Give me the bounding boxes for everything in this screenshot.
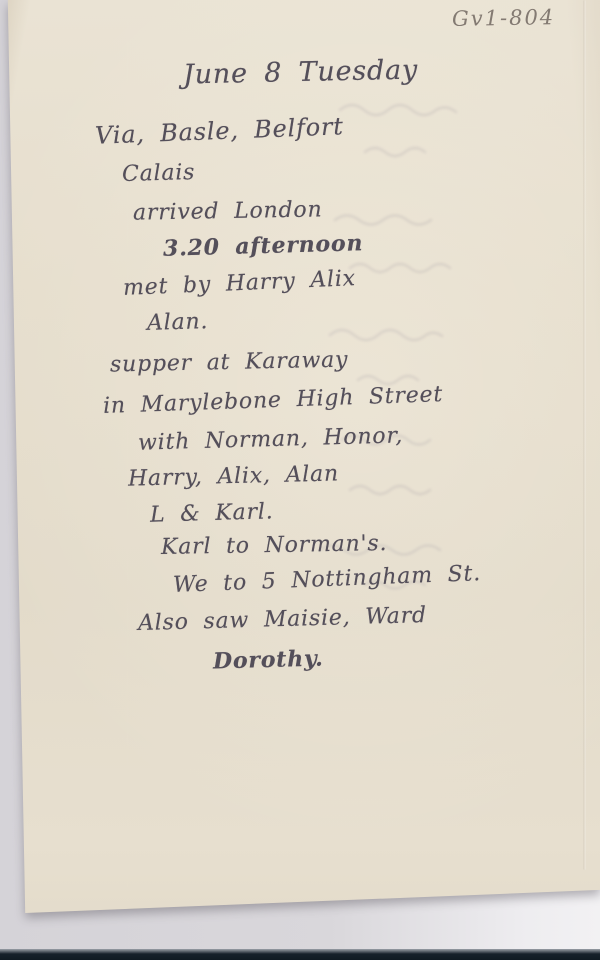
diary-line: Karl to Norman's. bbox=[161, 531, 388, 560]
diary-line: L & Karl. bbox=[150, 499, 274, 527]
diary-line: Alan. bbox=[147, 309, 209, 336]
diary-line: supper at Karaway bbox=[110, 348, 349, 378]
scanner-edge bbox=[0, 949, 600, 960]
scanner-bed: Gv1-804 June 8 Tuesday Via, Basle, Belfo… bbox=[0, 0, 600, 960]
date-heading: June 8 Tuesday bbox=[183, 55, 419, 91]
bleedthrough-stroke bbox=[340, 105, 456, 115]
ink-bleedthrough-marks bbox=[280, 80, 540, 600]
bleedthrough-stroke bbox=[365, 148, 425, 156]
diary-line: Also saw Maisie, Ward bbox=[138, 603, 428, 636]
diary-page: Gv1-804 June 8 Tuesday Via, Basle, Belfo… bbox=[0, 0, 600, 960]
diary-line: arrived London bbox=[133, 197, 323, 225]
diary-line: Dorothy. bbox=[213, 645, 324, 674]
diary-line: Calais bbox=[122, 160, 196, 187]
bleedthrough-stroke bbox=[350, 264, 450, 272]
bleedthrough-stroke bbox=[335, 216, 431, 225]
diary-page-wrap: Gv1-804 June 8 Tuesday Via, Basle, Belfo… bbox=[0, 0, 600, 960]
paper-crease bbox=[583, 0, 586, 870]
archive-code: Gv1-804 bbox=[452, 5, 556, 31]
bleedthrough-stroke bbox=[350, 486, 430, 494]
diary-line: Harry, Alix, Alan bbox=[128, 461, 340, 491]
bleedthrough-stroke bbox=[330, 330, 442, 340]
